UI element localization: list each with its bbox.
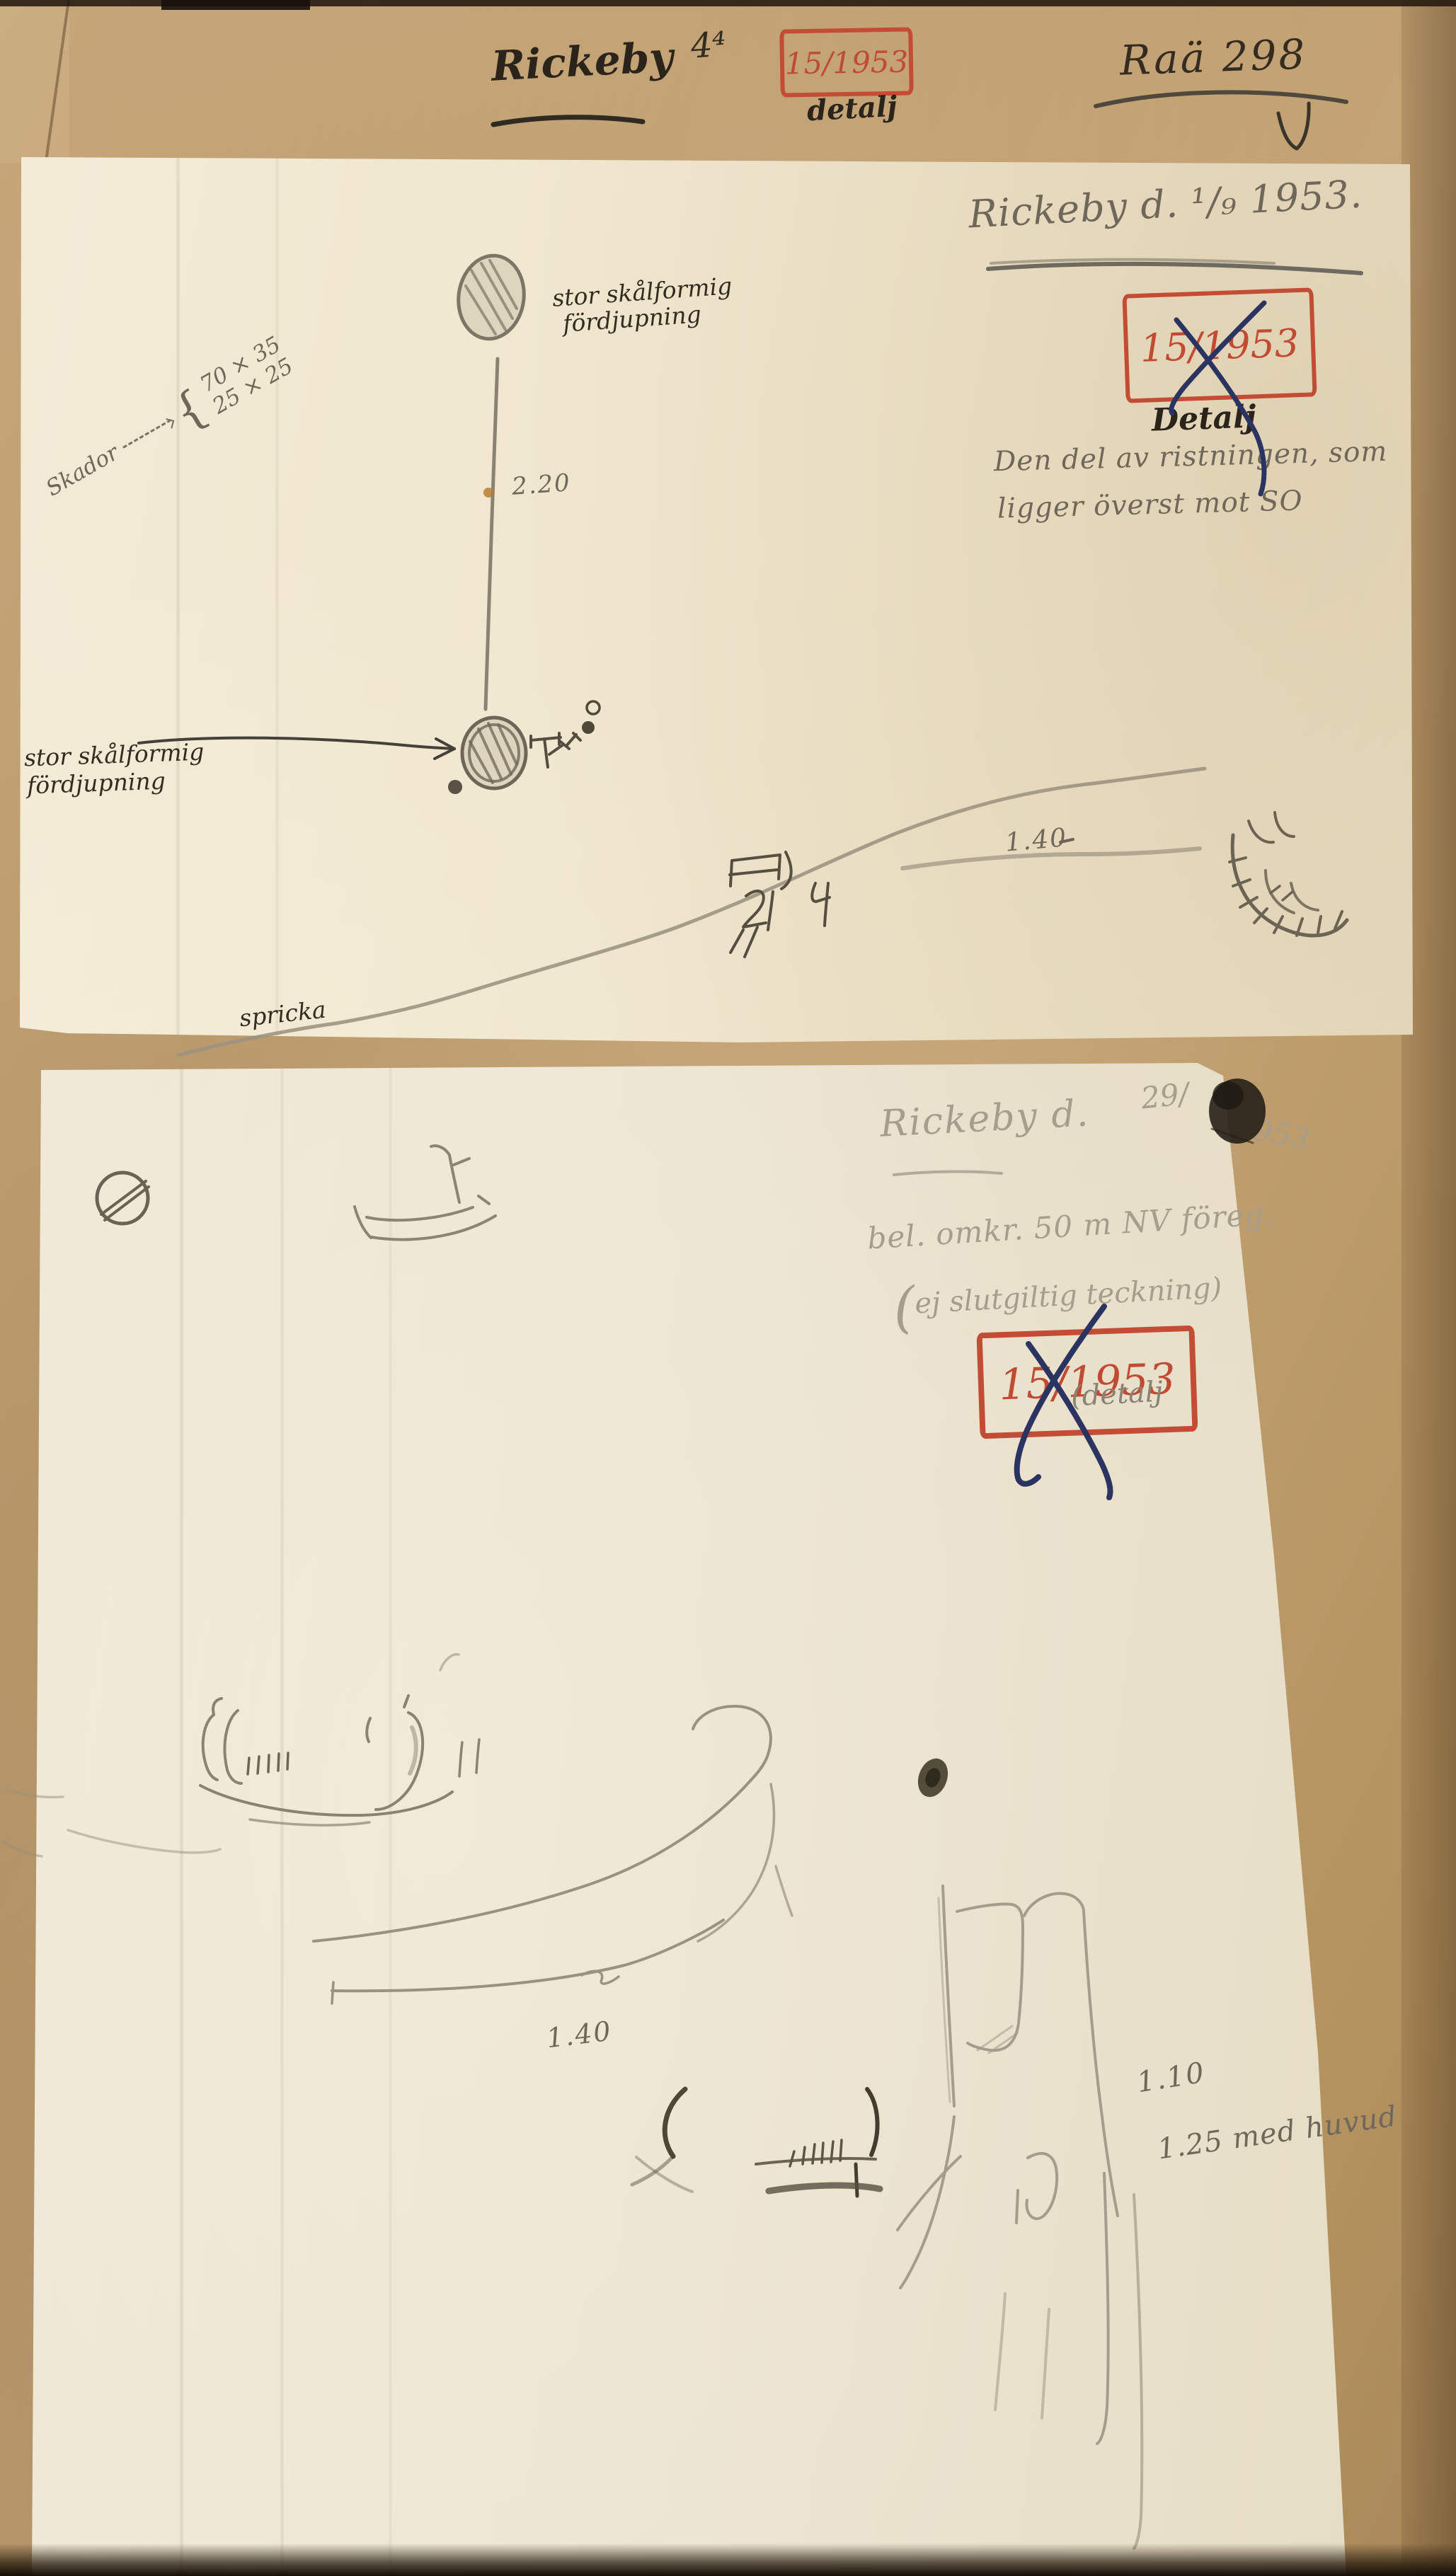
upper-note-line2: ligger överst mot SO (997, 487, 1303, 522)
lower-heading-date-rest: 1953 (1232, 1112, 1312, 1154)
big-paren: ( (892, 1276, 917, 1340)
bottom-edge-shadow (0, 2543, 1456, 2576)
lower-heading: Rickeby d. (879, 1095, 1091, 1142)
registration-stamp-upper: 15/1953 (1122, 287, 1317, 403)
board-stamp-caption: detalj (806, 93, 898, 126)
registration-stamp-board: 15/1953 (779, 27, 914, 97)
board-title-number: 4⁴ (689, 27, 727, 63)
stamp-number: 15/1953 (1140, 321, 1300, 371)
upper-note-line1: Den del av ristningen, som (994, 438, 1388, 476)
lower-note-line1: bel. omkr. 50 m NV föreg. (866, 1199, 1276, 1253)
diagonal-measure-note: Skador { 70 × 35 25 × 25 (37, 333, 297, 510)
archival-mount-board: Rickeby 4⁴ 15/1953 detalj Raä 298 Rickeb… (0, 0, 1456, 2576)
measurement-1-25: 1.25 med huvud (1156, 2102, 1399, 2163)
stamp-number: 15/1953 (784, 44, 908, 81)
dashed-arrow-icon (122, 419, 171, 449)
lower-heading-date-top: 29/ (1140, 1079, 1191, 1114)
upper-heading: Rickeby d. ¹/₉ 1953. (968, 175, 1363, 234)
measurement-1-40-lower: 1.40 (545, 2017, 614, 2052)
crack-label: spricka (239, 998, 327, 1030)
lower-stamp-caption: (detalj (1070, 1378, 1164, 1411)
upper-stamp-caption: Detalj (1151, 401, 1256, 436)
cup-mark-label-left-line1: stor skålformig (24, 740, 205, 770)
measurement-1-40-upper: 1.40 (1004, 825, 1069, 856)
board-title: Rickeby (491, 36, 675, 86)
annotation-layer: Rickeby 4⁴ 15/1953 detalj Raä 298 Rickeb… (0, 0, 1456, 2576)
diagonal-note-label: Skador (42, 442, 122, 500)
cup-mark-label-left-line2: fördjupning (26, 769, 166, 798)
measurement-1-10: 1.10 (1135, 2059, 1207, 2098)
measurement-2-20: 2.20 (511, 471, 572, 499)
site-reference: Raä 298 (1119, 33, 1307, 81)
